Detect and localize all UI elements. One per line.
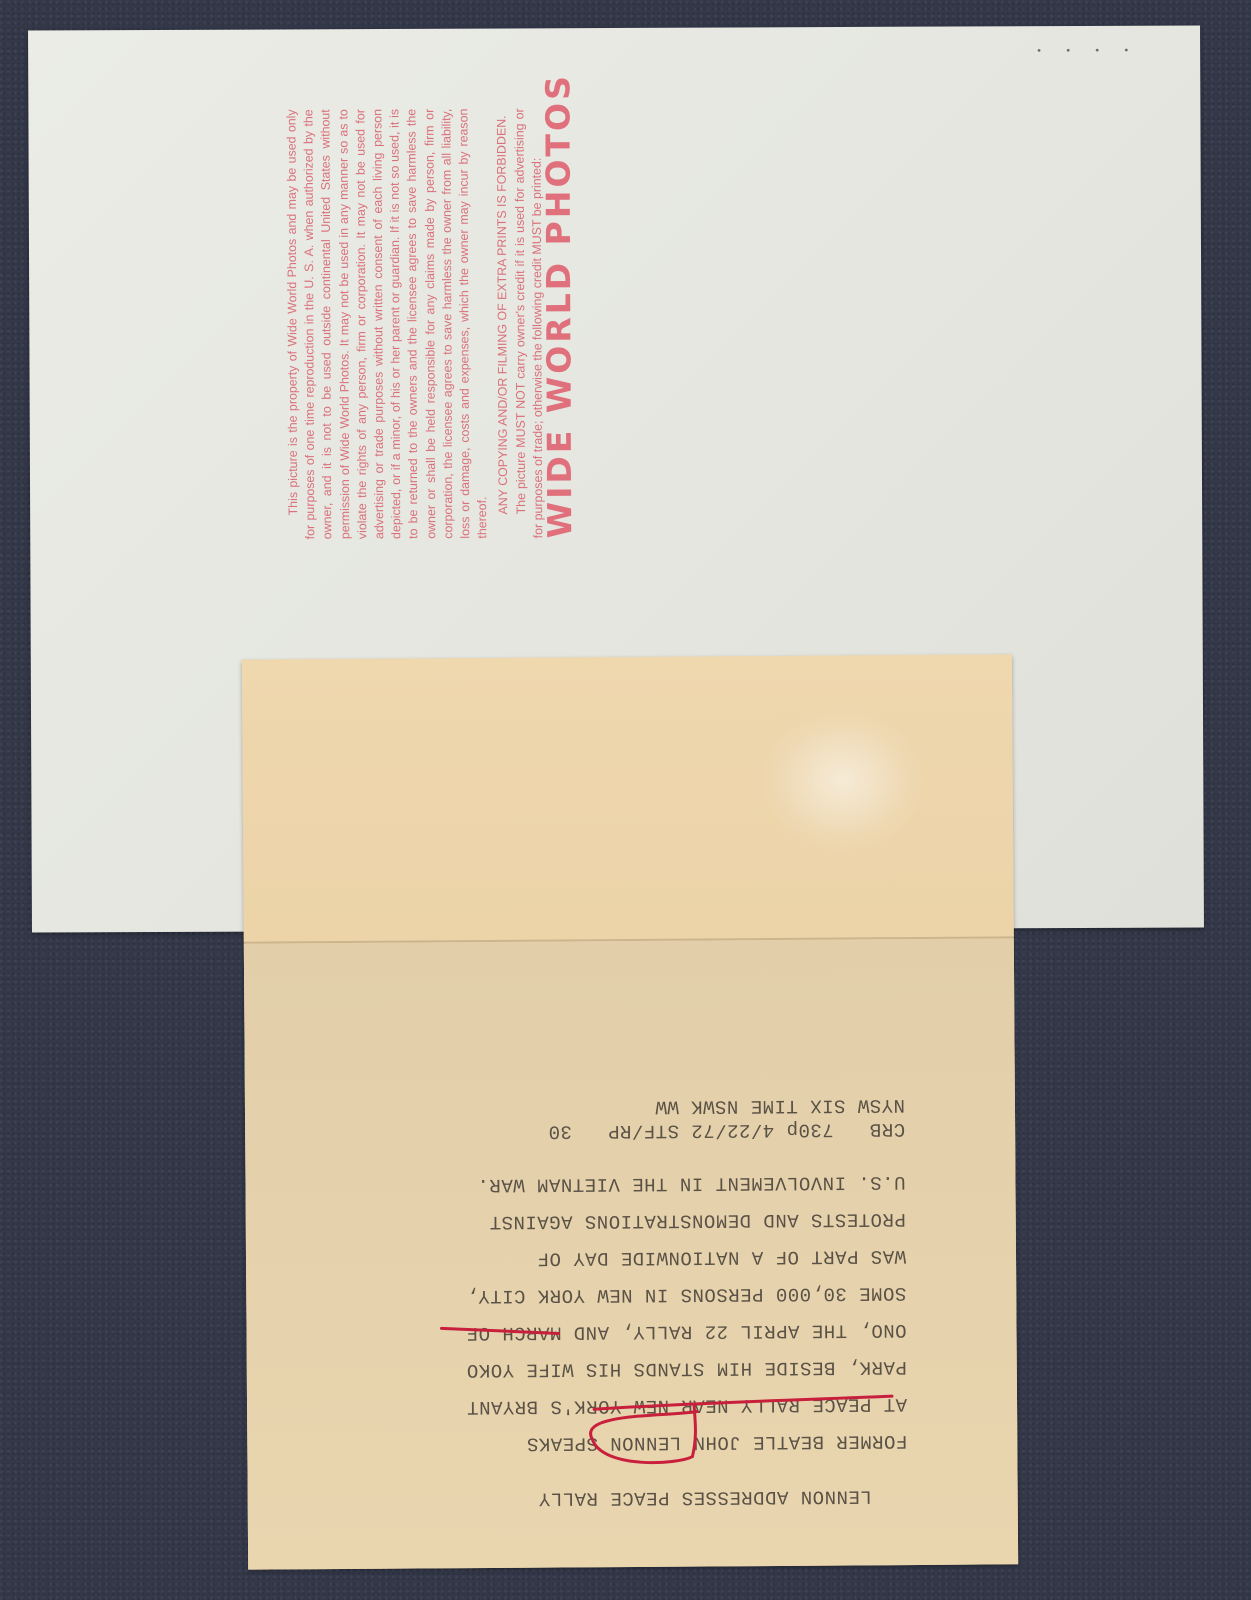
caption-line: SOME 30,000 PERSONS IN NEW YORK CITY,	[426, 1274, 906, 1314]
caption-line: FORMER BEATLE JOHN LENNON SPEAKS	[427, 1422, 907, 1462]
caption-meta-line: CRB 730p 4/22/72 STF/RP 30	[425, 1117, 905, 1144]
caption-line: PROTESTS AND DEMONSTRATIONS AGAINST	[426, 1200, 906, 1240]
pencil-marks: • • • •	[1036, 46, 1139, 57]
caption-line: AT PEACE RALLY NEAR NEW YORK'S BRYANT	[427, 1385, 907, 1425]
typed-caption: LENNON ADDRESSES PEACE RALLY FORMER BEAT…	[425, 1093, 908, 1517]
water-stain	[762, 710, 923, 851]
slip-folded-flap	[242, 654, 1014, 941]
stamp-paragraph-copying: ANY COPYING AND/OR FILMING OF EXTRA PRIN…	[494, 108, 513, 538]
stamp-credit-title: WIDE WORLD PHOTOS	[549, 108, 568, 538]
caption-line: PARK, BESIDE HIM STANDS HIS WIFE YOKO	[427, 1348, 907, 1388]
caption-meta-line: NYSW SIX TIME NSWK WW	[425, 1093, 905, 1120]
stamp-paragraph-rights: This picture is the property of Wide Wor…	[283, 109, 491, 540]
caption-line: WAS PART OF A NATIONWIDE DAY OF	[426, 1237, 906, 1277]
caption-headline: LENNON ADDRESSES PEACE RALLY	[428, 1477, 908, 1517]
copyright-stamp: This picture is the property of Wide Wor…	[283, 108, 653, 540]
caption-line: ONO, THE APRIL 22 RALLY, AND MARCH OF	[426, 1311, 906, 1351]
caption-line: U.S. INVOLVEMENT IN THE VIETNAM WAR.	[425, 1163, 905, 1203]
caption-slip: LENNON ADDRESSES PEACE RALLY FORMER BEAT…	[242, 654, 1018, 1569]
